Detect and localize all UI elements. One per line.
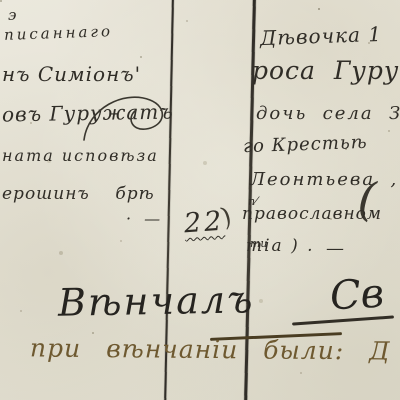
bottom-script-line1-left: Вѣнчалъ [58,280,255,321]
paper-speckles [0,0,2,2]
right-column-line-2: роса Гуру [252,58,399,83]
right-column-line-7: тіа ) . [246,238,315,255]
right-column-line-3: дочь села З [256,105,400,123]
left-column-dash: · — [126,211,164,227]
bottom-script-line2-brown: при вѣнчаніи были: Д [30,335,391,363]
right-column-dash: — [326,240,344,258]
right-column-line-6: православном [242,206,382,223]
left-column-line-5: ерошинъ брѣ [2,186,155,203]
manuscript-scan: э писаннаго нъ Симіонъ' овъ Гуружатъ нат… [0,0,400,400]
left-column-line-4: ната исповѣза [2,148,159,164]
right-column-line-4: го Крестьѣ [243,134,368,156]
left-column-line-2: нъ Симіонъ' [2,64,141,84]
left-column-curl-mark: э [8,8,16,23]
right-column-line-1: Дѣвочка 1 [260,24,383,48]
left-column-line-1: писаннаго [4,24,113,43]
bottom-script-line1-right: Св [329,274,385,317]
ink-flourish-loop [78,88,174,146]
